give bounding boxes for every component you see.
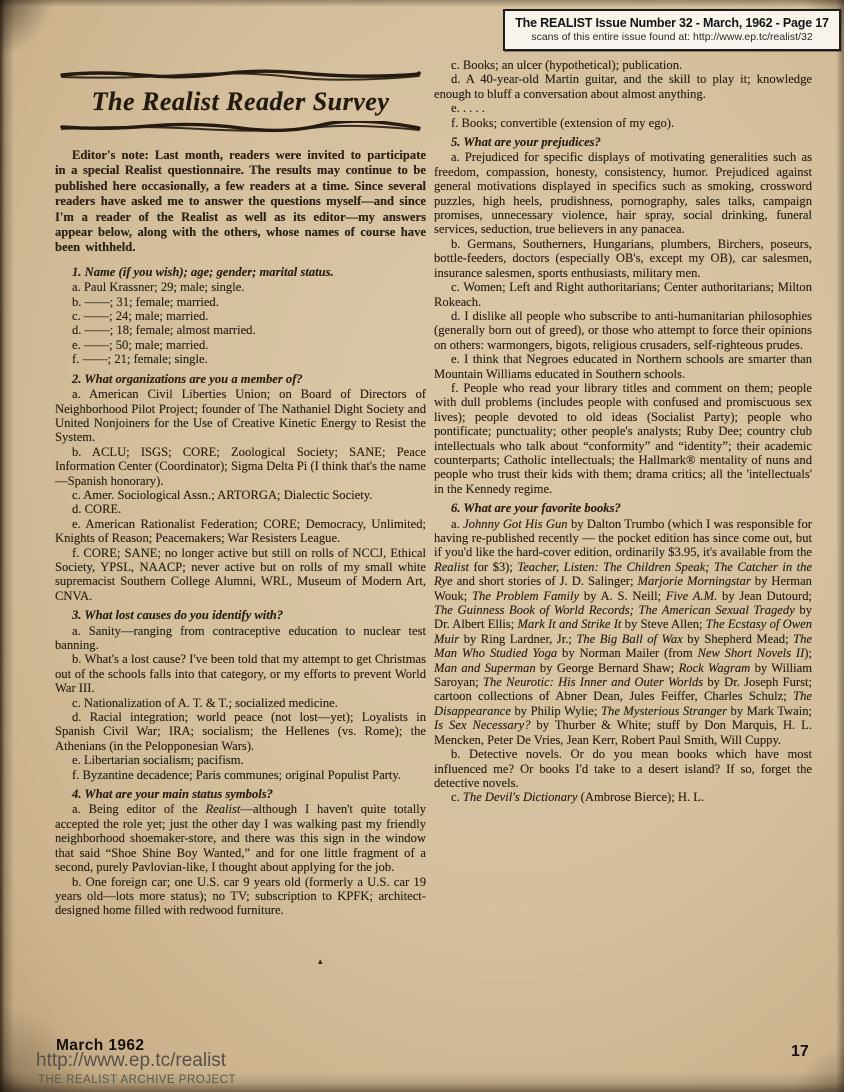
survey-paragraph: f. CORE; SANE; no longer active but stil…	[55, 546, 426, 604]
survey-paragraph: b. Detective novels. Or do you mean book…	[434, 747, 812, 790]
survey-paragraph: f. People who read your library titles a…	[434, 381, 812, 496]
survey-question: 2. What organizations are you a member o…	[55, 372, 426, 386]
survey-paragraph: b. One foreign car; one U.S. car 9 years…	[55, 875, 426, 918]
survey-paragraph: c. Books; an ulcer (hypothetical); publi…	[434, 58, 812, 72]
survey-paragraph: b. ——; 31; female; married.	[55, 295, 426, 309]
right-column-text: c. Books; an ulcer (hypothetical); publi…	[434, 58, 812, 805]
survey-question: 3. What lost causes do you identify with…	[55, 608, 426, 622]
survey-paragraph: a. Sanity—ranging from contraceptive edu…	[55, 624, 426, 653]
survey-paragraph: a. Paul Krassner; 29; male; single.	[55, 280, 426, 294]
survey-paragraph: d. I dislike all people who subscribe to…	[434, 309, 812, 352]
footer-page-number: 17	[791, 1043, 809, 1061]
archive-header-url: scans of this entire issue found at: htt…	[513, 31, 831, 44]
survey-paragraph: e. American Rationalist Federation; CORE…	[55, 517, 426, 546]
survey-paragraph: a. Johnny Got His Gun by Dalton Trumbo (…	[434, 517, 812, 748]
survey-paragraph: e. ——; 50; male; married.	[55, 338, 426, 352]
survey-paragraph: d. Racial integration; world peace (not …	[55, 710, 426, 753]
archive-header-title: The REALIST Issue Number 32 - March, 196…	[513, 15, 831, 31]
survey-paragraph: e. I think that Negroes educated in Nort…	[434, 352, 812, 381]
left-column-text: Editor's note: Last month, readers were …	[55, 148, 426, 918]
survey-paragraph: a. American Civil Liberties Union; on Bo…	[55, 387, 426, 445]
survey-paragraph: c. Nationalization of A. T. & T.; social…	[55, 696, 426, 710]
scanned-magazine-page: The REALIST Issue Number 32 - March, 196…	[0, 0, 844, 1092]
survey-paragraph: e. . . . .	[434, 101, 812, 115]
survey-paragraph: b. What's a lost cause? I've been told t…	[55, 652, 426, 695]
survey-paragraph: c. Women; Left and Right authoritarians;…	[434, 280, 812, 309]
survey-paragraph: c. Amer. Sociological Assn.; ARTORGA; Di…	[55, 488, 426, 502]
survey-paragraph: Editor's note: Last month, readers were …	[55, 148, 426, 256]
survey-paragraph: d. ——; 18; female; almost married.	[55, 323, 426, 337]
survey-question: 5. What are your prejudices?	[434, 135, 812, 149]
right-column: c. Books; an ulcer (hypothetical); publi…	[434, 58, 812, 805]
survey-paragraph: c. ——; 24; male; married.	[55, 309, 426, 323]
survey-paragraph: b. Germans, Southerners, Hungarians, plu…	[434, 237, 812, 280]
survey-paragraph: d. CORE.	[55, 502, 426, 516]
masthead: The Realist Reader Survey	[59, 68, 422, 134]
survey-question: 4. What are your main status symbols?	[55, 787, 426, 801]
survey-paragraph: d. A 40-year-old Martin guitar, and the …	[434, 72, 812, 101]
left-column: The Realist Reader Survey Editor's note:…	[55, 58, 426, 918]
ink-spot: ▴	[318, 956, 323, 967]
survey-paragraph: c. The Devil's Dictionary (Ambrose Bierc…	[434, 790, 812, 804]
survey-paragraph: b. ACLU; ISGS; CORE; Zoological Society;…	[55, 445, 426, 488]
survey-paragraph: f. Byzantine decadence; Paris communes; …	[55, 768, 426, 782]
survey-paragraph: e. Libertarian socialism; pacifism.	[55, 753, 426, 767]
page-title: The Realist Reader Survey	[59, 87, 422, 117]
archive-footer-project: THE REALIST ARCHIVE PROJECT	[38, 1074, 236, 1086]
archive-footer-url: http://www.ep.tc/realist	[36, 1050, 226, 1072]
survey-paragraph: a. Prejudiced for specific displays of m…	[434, 150, 812, 236]
survey-question: 6. What are your favorite books?	[434, 501, 812, 515]
survey-paragraph: f. ——; 21; female; single.	[55, 352, 426, 366]
wavy-rule-top	[59, 68, 422, 81]
survey-paragraph: a. Being editor of the Realist—although …	[55, 802, 426, 874]
wavy-rule-bottom	[59, 121, 422, 134]
archive-header-box: The REALIST Issue Number 32 - March, 196…	[503, 9, 841, 51]
survey-question: 1. Name (if you wish); age; gender; mari…	[55, 265, 426, 279]
survey-paragraph: f. Books; convertible (extension of my e…	[434, 116, 812, 130]
